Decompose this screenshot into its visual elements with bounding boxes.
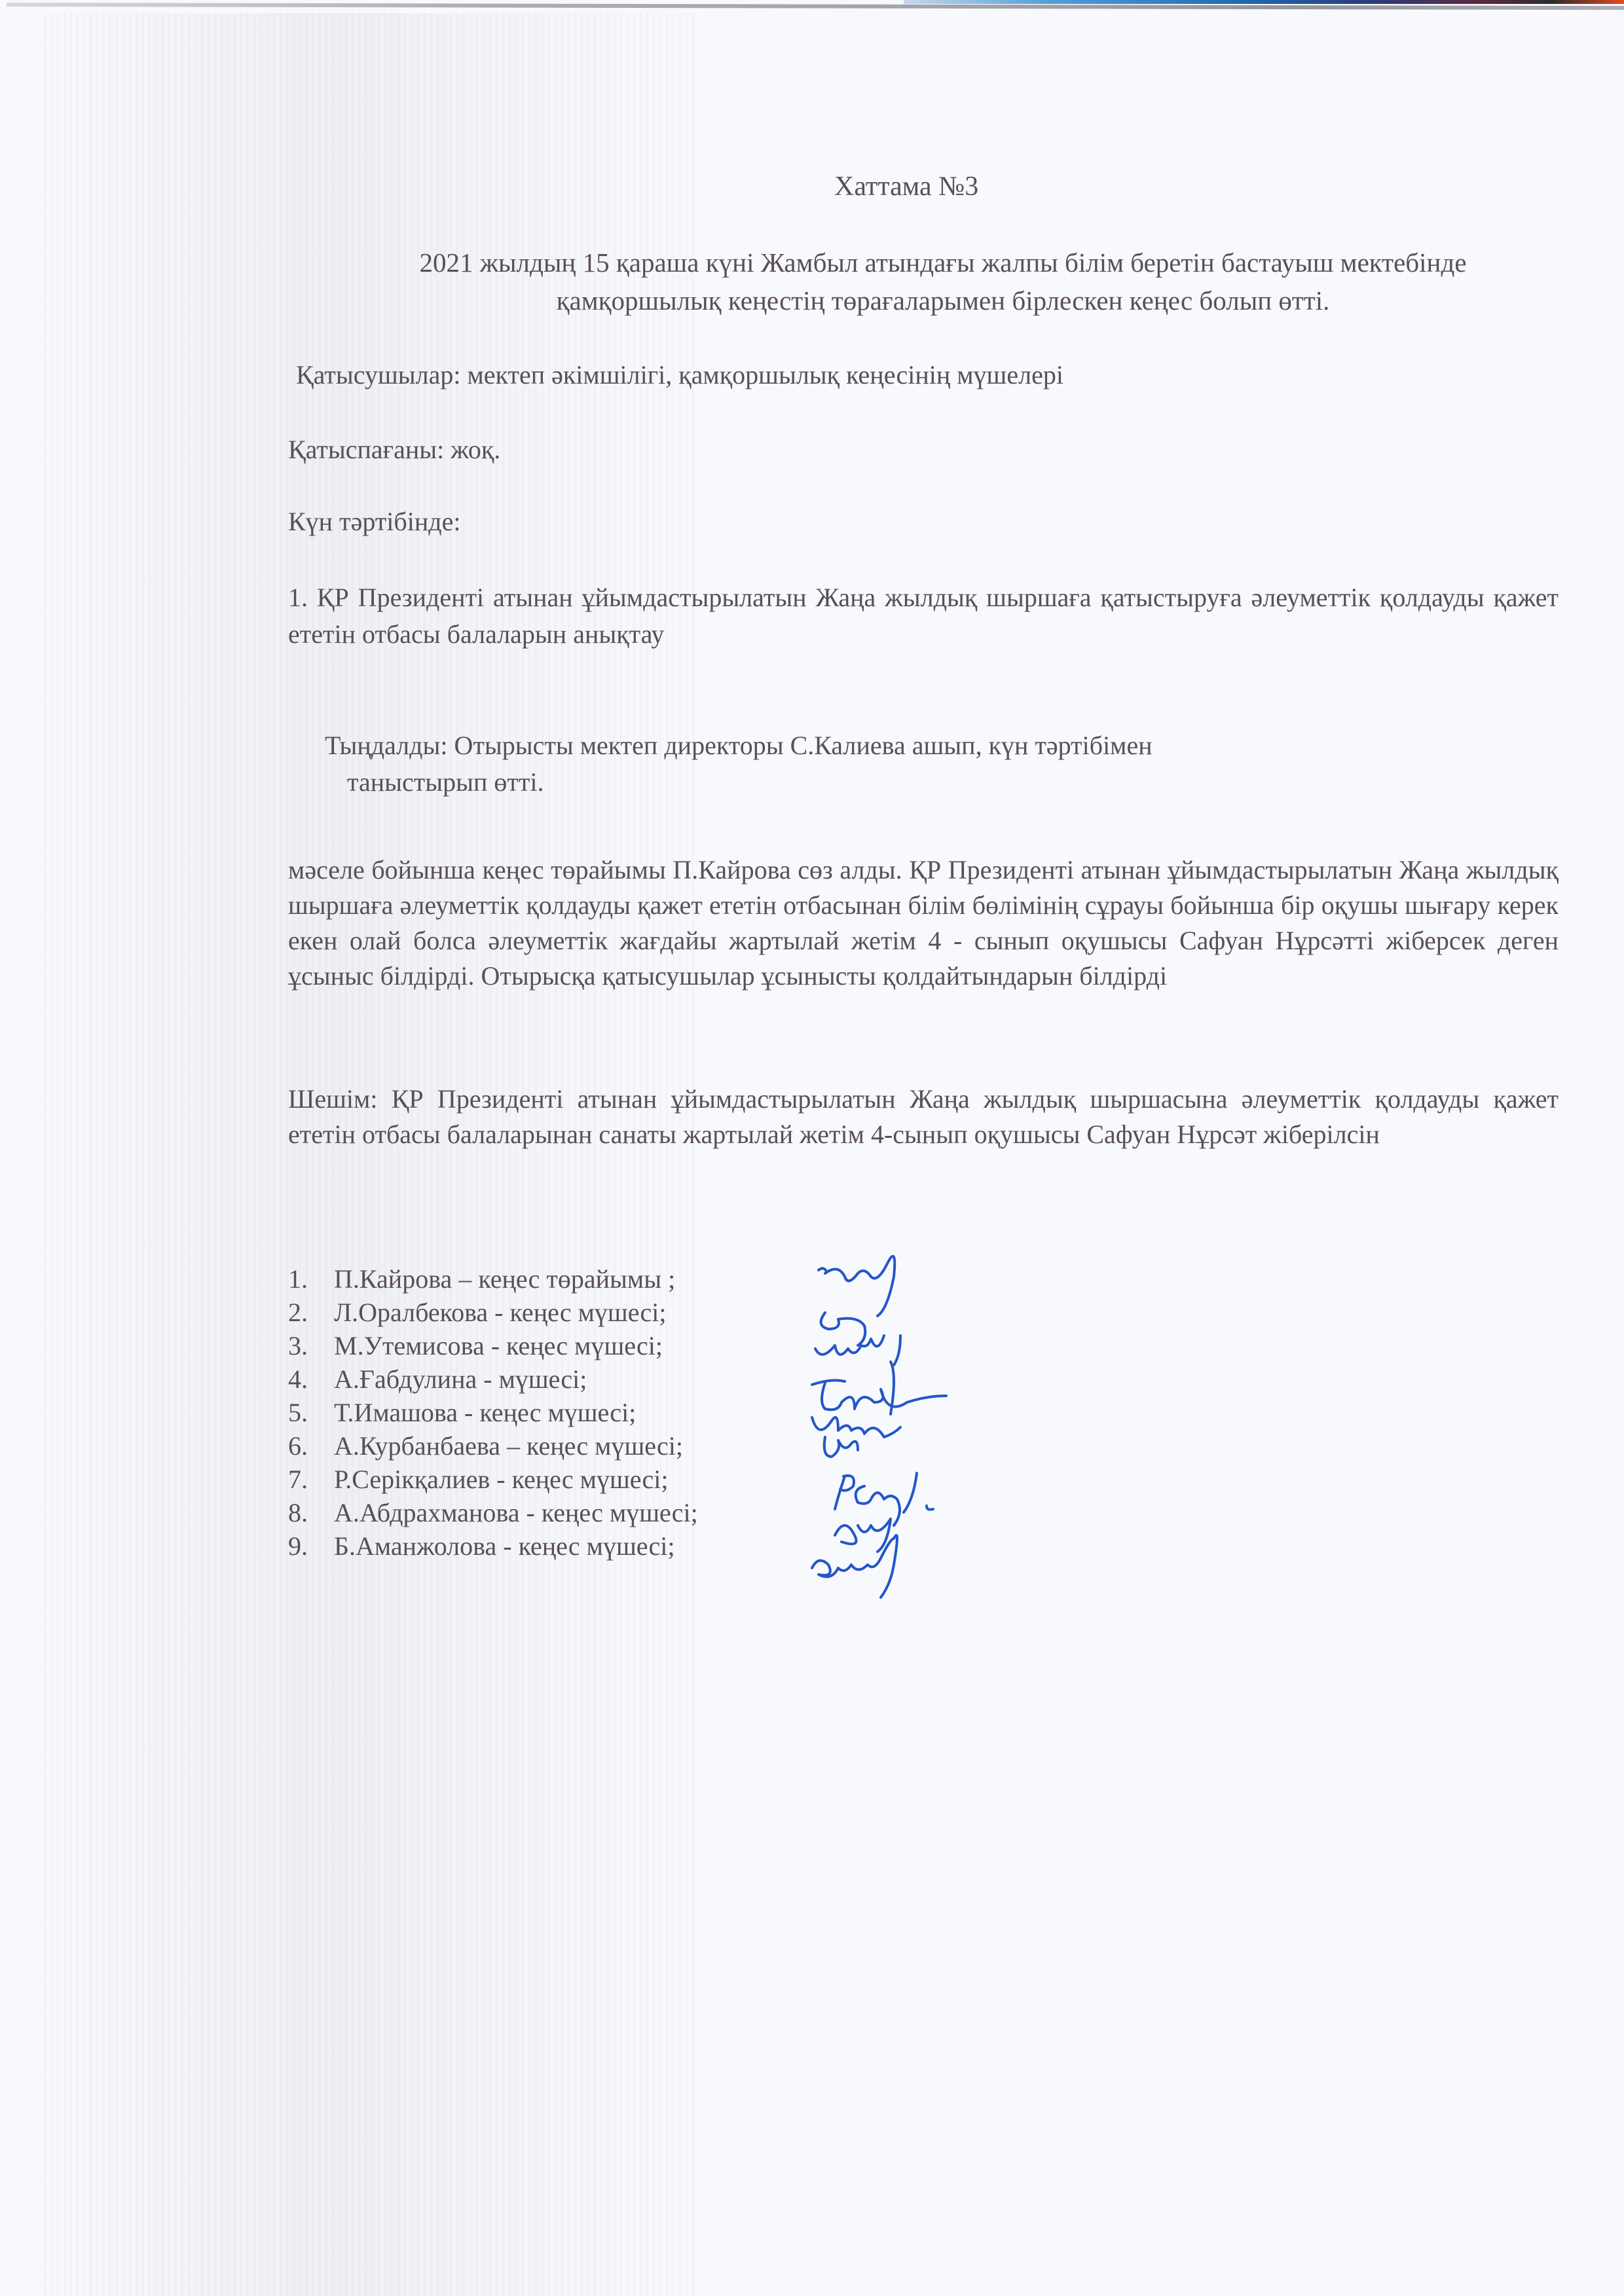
decision-paragraph: Шешім: ҚР Президенті атынан ұйымдастырыл…: [288, 1082, 1559, 1152]
signatory-row: 9.Б.Аманжолова - кеңес мүшесі;: [288, 1529, 698, 1563]
signatory-list: 1.П.Кайрова – кеңес төрайымы ; 2.Л.Оралб…: [288, 1262, 698, 1563]
signatory-row: 2.Л.Оралбекова - кеңес мүшесі;: [288, 1296, 698, 1329]
absent-line: Қатыспағаны: жоқ.: [288, 432, 500, 467]
intro-paragraph: 2021 жылдың 15 қараша күні Жамбыл атында…: [354, 244, 1532, 319]
signature-scribbles-icon: [786, 1237, 995, 1604]
signatory-row: 6.А.Курбанбаева – кеңес мүшесі;: [288, 1429, 698, 1463]
agenda-item-1: 1. ҚР Президенті атынан ұйымдастырылатын…: [288, 579, 1559, 653]
signatory-row: 8.А.Абдрахманова - кеңес мүшесі;: [288, 1496, 698, 1529]
heard-line-2: таныстырып өтті.: [347, 765, 544, 800]
heard-line-1: Тыңдалды: Отырысты мектеп директоры С.Ка…: [325, 728, 1153, 763]
signatory-row: 7.Р.Серікқалиев - кеңес мүшесі;: [288, 1463, 698, 1496]
document-page: Хаттама №3 2021 жылдың 15 қараша күні Жа…: [0, 0, 1624, 2296]
participants-line: Қатысушылар: мектеп әкімшілігі, қамқоршы…: [296, 357, 1063, 393]
discussion-paragraph: мәселе бойынша кеңес төрайымы П.Кайрова …: [288, 852, 1559, 994]
signatory-row: 1.П.Кайрова – кеңес төрайымы ;: [288, 1262, 698, 1296]
signatory-row: 4.А.Ғабдулина - мүшесі;: [288, 1362, 698, 1396]
handwritten-signatures: [786, 1237, 995, 1604]
document-title: Хаттама №3: [834, 169, 978, 204]
agenda-label: Күн тәртібінде:: [288, 504, 460, 539]
signatory-row: 3.М.Утемисова - кеңес мүшесі;: [288, 1329, 698, 1362]
signatory-row: 5.Т.Имашова - кеңес мүшесі;: [288, 1396, 698, 1429]
